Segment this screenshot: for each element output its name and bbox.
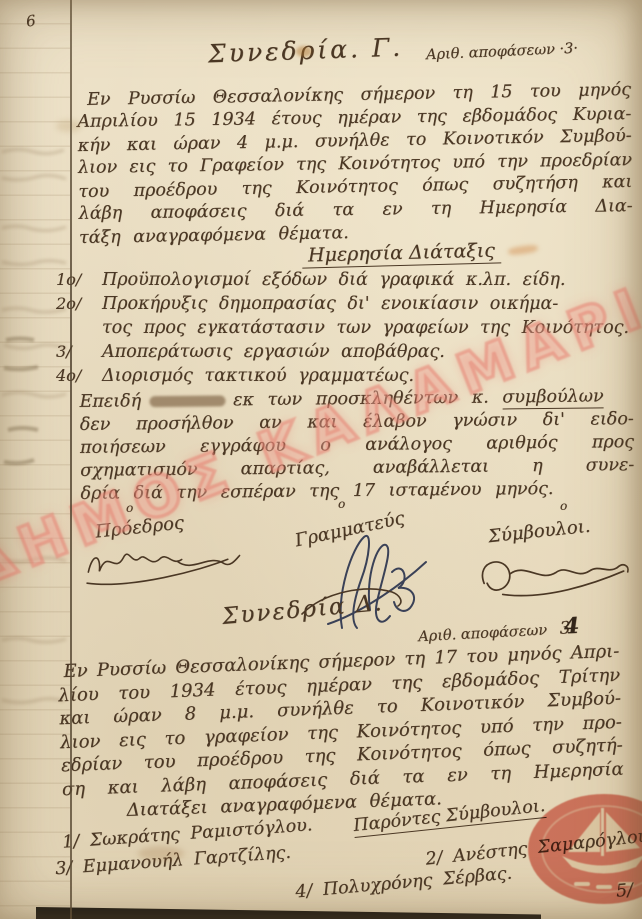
agenda-item-text: Προκήρυξις δημοπρασίας δι' ενοικίασιν οι… <box>102 292 558 316</box>
agenda-item-number: 4ο/ <box>56 364 102 388</box>
agenda-item-number: 2ο/ <box>56 292 102 316</box>
agenda-item-continuation: τος προς εγκατάστασιν των γραφείων της Κ… <box>56 316 640 340</box>
page-number: 6 <box>25 11 37 30</box>
agenda-item-text: Αποπεράτωσις εργασιών αποβάθρας. <box>102 340 445 364</box>
member-number: 2/ <box>425 848 444 870</box>
scanned-minutes-page: 6 Συνεδρία. Γ. Αριθ. αποφάσεων ·3· Εν Ρυ… <box>0 0 642 919</box>
member-name: Πολυχρόνης Σέρβας. <box>322 864 513 900</box>
article-o-mark: ο <box>338 497 345 511</box>
bleedthrough-marks <box>0 0 70 919</box>
article-o-mark: ο <box>126 501 133 515</box>
ink-smudge-strikethrough <box>149 395 225 407</box>
agenda-item: 3/ Αποπεράτωσις εργασιών αποβάθρας. <box>56 340 640 364</box>
session-c-decision-count: Αριθ. αποφάσεων ·3· <box>426 41 579 64</box>
agenda-item-text: Διορισμός τακτικού γραμματέως. <box>102 364 414 388</box>
agenda-item: 4ο/ Διορισμός τακτικού γραμματέως. <box>56 364 640 388</box>
margin-rule-line <box>70 0 72 919</box>
council-member-signature <box>458 543 639 614</box>
member-entry: 4/ Πολυχρόνης Σέρβας. <box>295 864 513 903</box>
paragraph-text: εκ των προσκληθέντων κ. <box>233 388 489 411</box>
president-signature <box>76 531 244 597</box>
agenda-item-number: 1ο/ <box>56 268 102 292</box>
paragraph-start: Επειδή <box>79 391 141 412</box>
manuscript-line: δρία διά την εσπέραν της 17 ισταμένου μη… <box>80 477 634 506</box>
title-flourish <box>300 584 412 616</box>
session-c-title: Συνεδρία. Γ. <box>208 33 404 69</box>
paper-stain <box>508 244 539 256</box>
agenda-item: 2ο/ Προκήρυξις δημοπρασίας δι' ενοικίασι… <box>56 292 640 316</box>
agenda-item-text: τος προς εγκατάστασιν των γραφείων της Κ… <box>102 316 629 340</box>
agenda-item-text: Προϋπολογισμοί εξόδων διά γραφικά κ.λπ. … <box>102 268 565 292</box>
scan-edge-shadow <box>36 903 541 919</box>
agenda-item: 1ο/ Προϋπολογισμοί εξόδων διά γραφικά κ.… <box>56 268 640 292</box>
agenda-heading: Ημερησία Διάταξις <box>302 239 501 268</box>
member-number: 4/ <box>295 881 314 902</box>
postponement-paragraph: Επειδήεκ των προσκληθέντων κ. συμβούλων … <box>79 385 634 506</box>
decision-count-label: Αριθ. αποφάσεων <box>418 622 548 645</box>
agenda-item-number: 3/ <box>56 340 102 364</box>
ship-seal-stamp-icon <box>522 790 642 912</box>
article-o-mark: ο <box>560 499 567 513</box>
decision-number-corrected: 4 <box>563 613 580 640</box>
council-members-label: Σύμβουλοι. <box>487 516 591 548</box>
underlined-word: συμβούλων <box>502 386 603 409</box>
session-c-body: Εν Ρυσσίω Θεσσαλονίκης σήμερον τη 15 του… <box>77 80 633 249</box>
agenda-list: 1ο/ Προϋπολογισμοί εξόδων διά γραφικά κ.… <box>56 268 640 388</box>
